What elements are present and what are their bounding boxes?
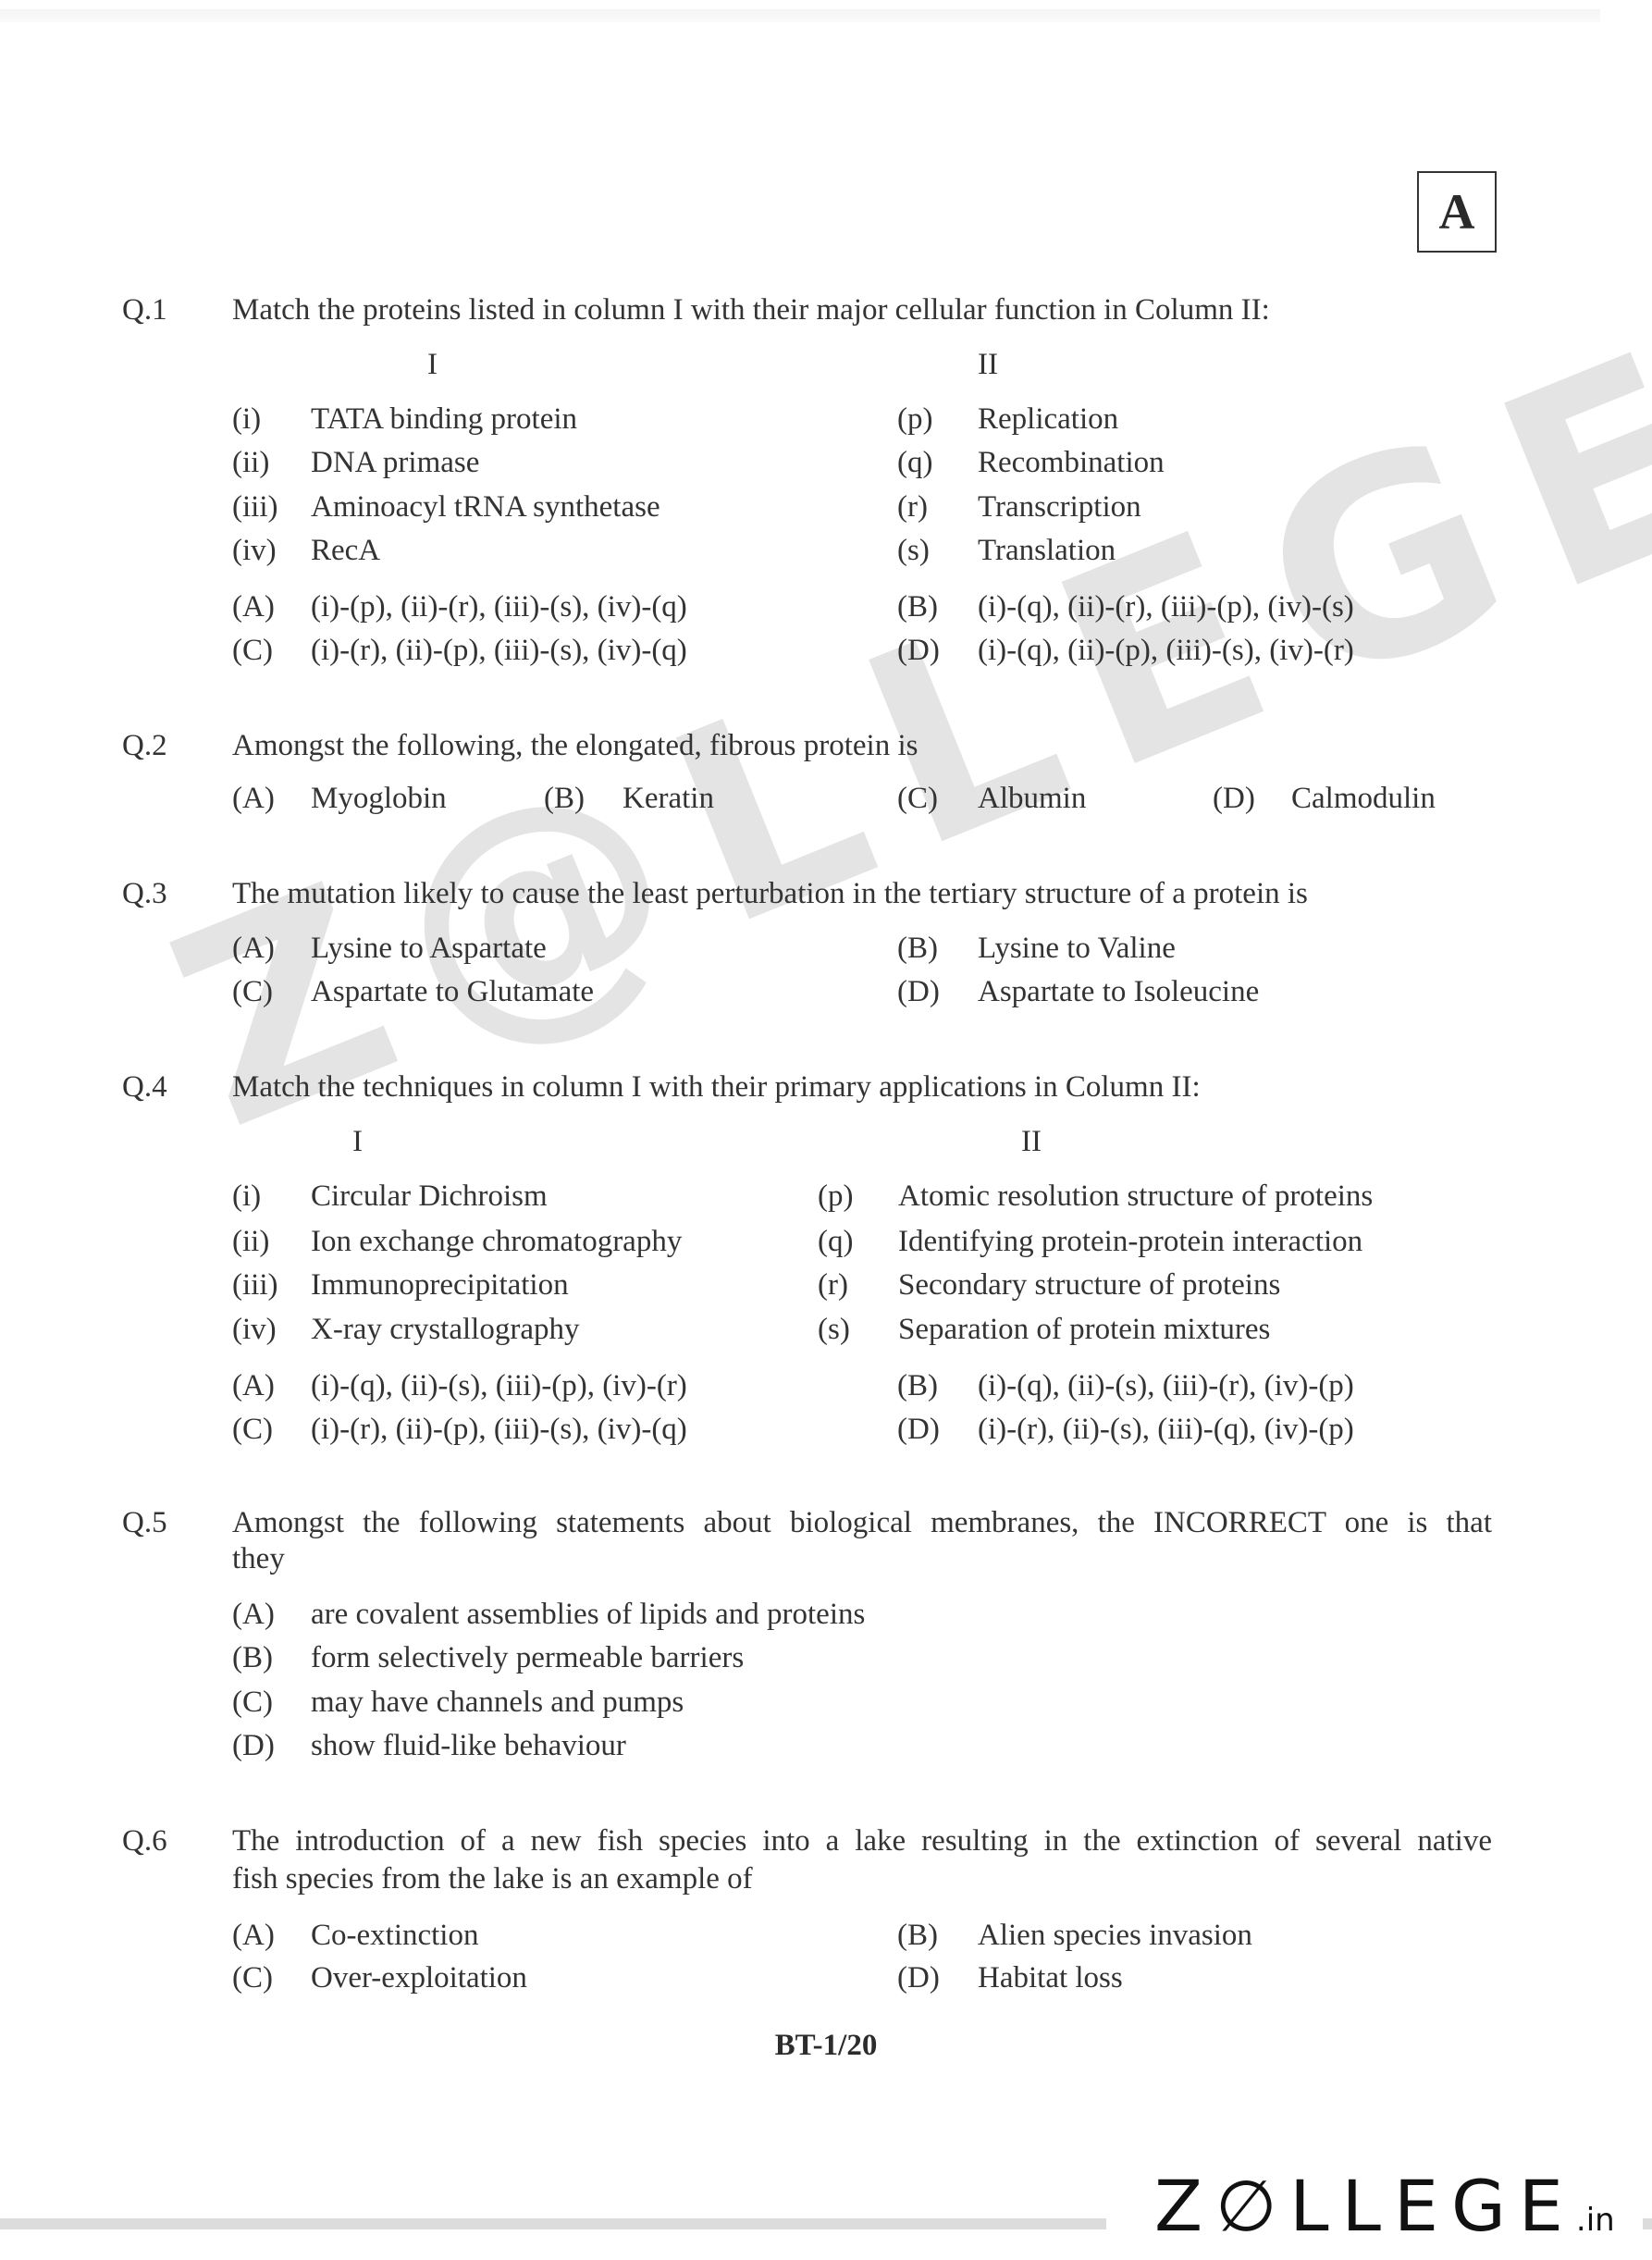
option-key: (A): [232, 1596, 275, 1633]
option-key: (B): [897, 930, 938, 967]
option-key: (D): [897, 1959, 940, 1996]
zollege-logo: Z∅LLEGE.in: [1154, 2165, 1615, 2247]
item-key: (i): [232, 401, 261, 438]
question-text-continued: fish species from the lake is an example…: [232, 1860, 753, 1897]
item-text: Separation of protein mixtures: [898, 1311, 1270, 1348]
item-key: (q): [897, 444, 932, 481]
item-key: (q): [818, 1223, 853, 1260]
option-key: (D): [897, 973, 940, 1010]
option-key: (A): [232, 588, 275, 625]
logo-suffix: .in: [1576, 2202, 1615, 2239]
option-key: (C): [232, 1411, 273, 1448]
item-text: Replication: [978, 401, 1118, 438]
item-key: (iii): [232, 488, 277, 525]
item-text: RecA: [311, 532, 380, 569]
option-text: (i)-(r), (ii)-(p), (iii)-(s), (iv)-(q): [311, 632, 687, 669]
option-key: (C): [232, 973, 273, 1010]
option-key: (D): [897, 632, 940, 669]
logo-text: Z∅LLEGE: [1154, 2165, 1576, 2247]
option-text: (i)-(r), (ii)-(p), (iii)-(s), (iv)-(q): [311, 1411, 687, 1448]
question-text: The introduction of a new fish species i…: [232, 1822, 1492, 1859]
question-number: Q.5: [122, 1504, 167, 1541]
option-key: (C): [232, 1959, 273, 1996]
option-text: Myoglobin: [311, 780, 447, 817]
item-key: (p): [818, 1178, 853, 1215]
option-key: (A): [232, 1917, 275, 1954]
option-text: are covalent assemblies of lipids and pr…: [311, 1596, 865, 1633]
option-text: Habitat loss: [978, 1959, 1123, 1996]
item-key: (s): [818, 1311, 850, 1348]
option-key: (C): [897, 780, 938, 817]
item-key: (ii): [232, 1223, 269, 1260]
item-key: (ii): [232, 444, 269, 481]
item-key: (iv): [232, 532, 277, 569]
question-number: Q.6: [122, 1822, 167, 1859]
option-text: form selectively permeable barriers: [311, 1639, 744, 1676]
option-text: (i)-(p), (ii)-(r), (iii)-(s), (iv)-(q): [311, 588, 687, 625]
item-text: Translation: [978, 532, 1116, 569]
option-text: (i)-(q), (ii)-(s), (iii)-(p), (iv)-(r): [311, 1367, 687, 1404]
question-text-continued: they: [232, 1540, 285, 1577]
column-header-1: I: [427, 346, 438, 383]
question-text: The mutation likely to cause the least p…: [232, 875, 1308, 912]
question-number: Q.1: [122, 291, 167, 328]
option-text: Keratin: [623, 780, 714, 817]
item-text: Transcription: [978, 488, 1141, 525]
option-key: (B): [897, 588, 938, 625]
question-text: Match the proteins listed in column I wi…: [232, 291, 1270, 328]
option-key: (A): [232, 930, 275, 967]
option-key: (D): [897, 1411, 940, 1448]
item-text: Immunoprecipitation: [311, 1266, 569, 1303]
option-key: (B): [544, 780, 585, 817]
column-header-1: I: [352, 1123, 363, 1160]
item-text: Identifying protein-protein interaction: [898, 1223, 1362, 1260]
option-key: (B): [232, 1639, 273, 1676]
item-text: Atomic resolution structure of proteins: [898, 1178, 1373, 1215]
option-text: (i)-(q), (ii)-(p), (iii)-(s), (iv)-(r): [978, 632, 1354, 669]
option-text: (i)-(r), (ii)-(s), (iii)-(q), (iv)-(p): [978, 1411, 1354, 1448]
option-text: (i)-(q), (ii)-(r), (iii)-(p), (iv)-(s): [978, 588, 1354, 625]
option-key: (C): [232, 1684, 273, 1721]
question-text: Match the techniques in column I with th…: [232, 1068, 1201, 1105]
question-number: Q.4: [122, 1068, 167, 1105]
item-key: (p): [897, 401, 932, 438]
item-text: DNA primase: [311, 444, 479, 481]
item-text: Recombination: [978, 444, 1165, 481]
option-key: (D): [1213, 780, 1255, 817]
item-text: X-ray crystallography: [311, 1311, 579, 1348]
item-text: TATA binding protein: [311, 401, 577, 438]
column-header-2: II: [1021, 1123, 1042, 1160]
option-key: (B): [897, 1917, 938, 1954]
option-key: (A): [232, 1367, 275, 1404]
option-key: (B): [897, 1367, 938, 1404]
item-key: (iv): [232, 1311, 277, 1348]
option-text: Lysine to Aspartate: [311, 930, 547, 967]
item-text: Aminoacyl tRNA synthetase: [311, 488, 660, 525]
question-number: Q.3: [122, 875, 167, 912]
option-text: show fluid-like behaviour: [311, 1727, 626, 1764]
option-text: (i)-(q), (ii)-(s), (iii)-(r), (iv)-(p): [978, 1367, 1354, 1404]
scan-artifact-bottom-right: [1643, 2218, 1652, 2229]
option-key: (D): [232, 1727, 275, 1764]
set-code-box: A: [1417, 171, 1497, 253]
option-text: Aspartate to Glutamate: [311, 973, 594, 1010]
question-text: Amongst the following, the elongated, fi…: [232, 727, 918, 764]
option-text: may have channels and pumps: [311, 1684, 684, 1721]
set-code: A: [1439, 183, 1475, 241]
option-text: Co-extinction: [311, 1917, 478, 1954]
column-header-2: II: [978, 346, 998, 383]
option-text: Calmodulin: [1291, 780, 1436, 817]
option-key: (C): [232, 632, 273, 669]
option-text: Lysine to Valine: [978, 930, 1176, 967]
page-number: BT-1/20: [0, 2029, 1652, 2063]
option-text: Aspartate to Isoleucine: [978, 973, 1259, 1010]
item-text: Secondary structure of proteins: [898, 1266, 1280, 1303]
exam-page: A Q.1 Match the proteins listed in colum…: [0, 0, 1652, 2260]
scan-artifact-bottom: [0, 2218, 1106, 2229]
item-key: (s): [897, 532, 930, 569]
question-number: Q.2: [122, 727, 167, 764]
item-text: Circular Dichroism: [311, 1178, 548, 1215]
item-text: Ion exchange chromatography: [311, 1223, 682, 1260]
item-key: (i): [232, 1178, 261, 1215]
option-text: Albumin: [978, 780, 1086, 817]
question-text: Amongst the following statements about b…: [232, 1504, 1492, 1541]
item-key: (r): [818, 1266, 848, 1303]
option-text: Over-exploitation: [311, 1959, 527, 1996]
option-key: (A): [232, 780, 275, 817]
item-key: (r): [897, 488, 928, 525]
option-text: Alien species invasion: [978, 1917, 1252, 1954]
item-key: (iii): [232, 1266, 277, 1303]
